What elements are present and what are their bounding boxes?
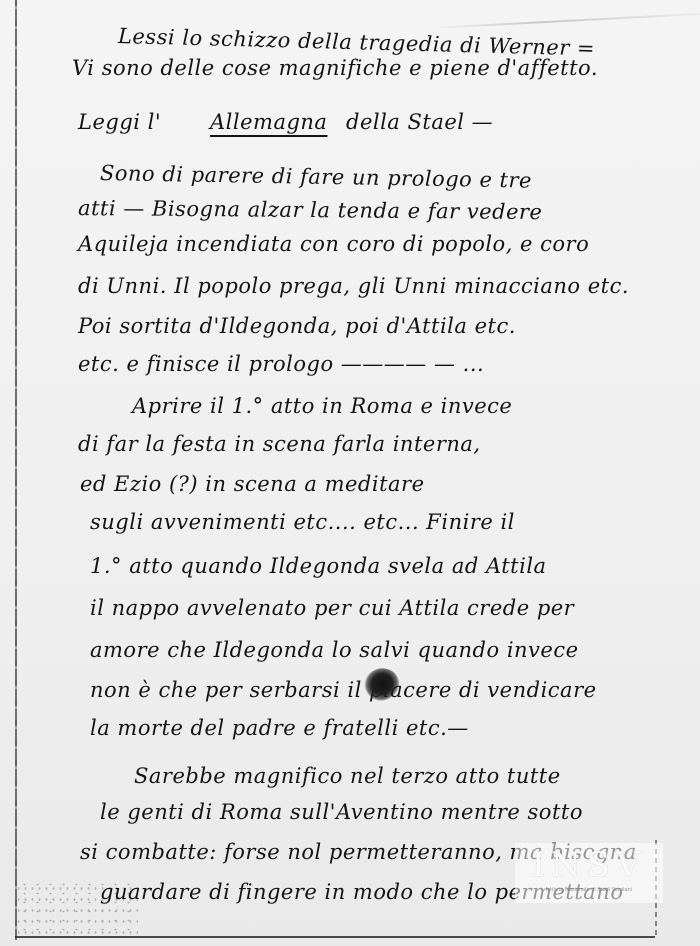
manuscript-line: Allemagna [210,110,327,134]
manuscript-line: la morte del padre e fratelli etc.— [90,716,469,740]
manuscript-line: etc. e finisce il prologo ———— — ... [78,352,484,376]
manuscript-line: atti — Bisogna alzar la tenda e far vede… [78,196,543,224]
insv-watermark: INSV Istituto Nazionale di Studi Verdian… [515,843,663,903]
manuscript-line: sugli avvenimenti etc.... etc... Finire … [90,510,515,534]
manuscript-line: Vi sono delle cose magnifiche e piene d'… [72,56,598,80]
manuscript-line: Poi sortita d'Ildegonda, poi d'Attila et… [78,314,516,338]
manuscript-line: amore che Ildegonda lo salvi quando inve… [90,638,579,662]
manuscript-line: di far la festa in scena farla interna, [78,432,481,456]
manuscript-line: 1.° atto quando Ildegonda svela ad Attil… [90,554,547,578]
watermark-logo: INSV [515,845,663,885]
manuscript-line: ed Ezio (?) in scena a meditare [80,472,425,496]
manuscript-line: Aprire il 1.° atto in Roma e invece [132,394,512,418]
manuscript-page: Lessi lo schizzo della tragedia di Werne… [0,0,700,946]
manuscript-line: Sono di parere di fare un prologo e tre [100,161,532,193]
manuscript-line: di Unni. Il popolo prega, gli Unni minac… [78,274,629,298]
manuscript-line: il nappo avvelenato per cui Attila crede… [90,596,574,620]
watermark-subtitle: Istituto Nazionale di Studi Verdiani [515,887,663,893]
manuscript-line: non è che per serbarsi il piacere di ven… [90,678,597,702]
manuscript-line: Sarebbe magnifico nel terzo atto tutte [134,764,561,788]
manuscript-line: della Stael — [346,110,493,134]
manuscript-line: Aquileja incendiata con coro di popolo, … [78,232,589,256]
manuscript-line: Leggi l' [78,110,161,134]
manuscript-line: le genti di Roma sull'Aventino mentre so… [100,800,583,824]
handwritten-text: Lessi lo schizzo della tragedia di Werne… [0,0,700,946]
